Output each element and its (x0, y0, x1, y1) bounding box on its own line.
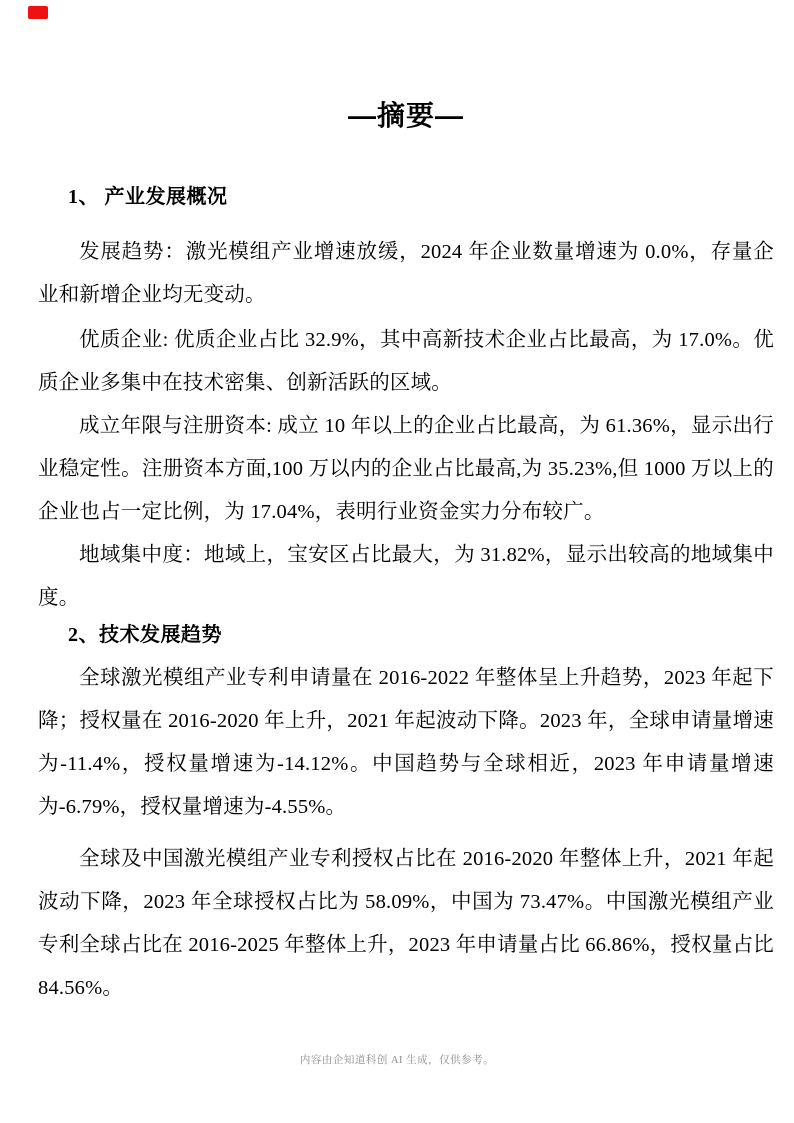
page-title: —摘要— (38, 98, 774, 134)
paragraph-regional-concentration: 地域集中度：地域上，宝安区占比最大，为 31.82%，显示出较高的地域集中度。 (38, 534, 774, 620)
section-heading-industry-overview: 1、 产业发展概况 (38, 176, 774, 219)
document-page: —摘要— 1、 产业发展概况 发展趋势：激光模组产业增速放缓，2024 年企业数… (0, 0, 794, 1123)
paragraph-patent-applications: 全球激光模组产业专利申请量在 2016-2022 年整体呈上升趋势，2023 年… (38, 657, 774, 829)
paragraph-quality-enterprises: 优质企业: 优质企业占比 32.9%，其中高新技术企业占比最高，为 17.0%。… (38, 319, 774, 405)
footer-disclaimer: 内容由企知道科创 AI 生成，仅供参考。 (0, 1052, 794, 1067)
paragraph-age-registered-capital: 成立年限与注册资本: 成立 10 年以上的企业占比最高，为 61.36%，显示出… (38, 405, 774, 534)
paragraph-patent-grants-share: 全球及中国激光模组产业专利授权占比在 2016-2020 年整体上升，2021 … (38, 838, 774, 1010)
page-content: —摘要— 1、 产业发展概况 发展趋势：激光模组产业增速放缓，2024 年企业数… (38, 0, 774, 1010)
paragraph-development-trend: 发展趋势：激光模组产业增速放缓，2024 年企业数量增速为 0.0%，存量企业和… (38, 231, 774, 317)
section-heading-technology-trend: 2、技术发展趋势 (38, 614, 774, 657)
